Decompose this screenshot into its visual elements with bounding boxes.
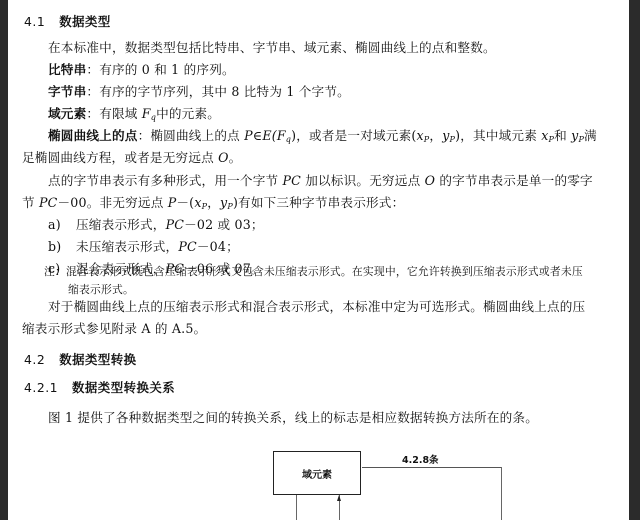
separator: ： [86,62,99,77]
separator: ： [86,106,99,121]
definition-bit-string: 比特串：有序的 0 和 1 的序列。 [48,62,235,78]
text: 节 [22,195,39,210]
text: 加以标识。无穷远点 [301,173,425,188]
section-heading-4-2-1: 4.2.1数据类型转换关系 [24,380,175,396]
term: 比特串 [48,62,86,77]
definition-byte-string: 字节串：有序的字节序列，其中 8 比特为 1 个字节。 [48,84,350,100]
paragraph-byte-forms-line1: 点的字节串表示有多种形式，用一个字节 PC 加以标识。无穷远点 O 的字节串表示… [48,173,593,189]
separator: ： [138,128,151,143]
section-title: 数据类型 [59,14,111,29]
list-label: a) [48,217,76,233]
definition-text: 有限域 [99,106,142,121]
definition-text: 有序的字节序列，其中 8 比特为 1 个字节。 [99,84,350,99]
text: －04； [197,239,239,254]
text: )，或者是一对域元素( [291,128,416,143]
text: 的字节串表示是单一的零字 [435,173,593,188]
section-number: 4.2.1 [24,380,58,396]
text: ， [429,128,442,143]
edge-line-vertical-right [501,467,502,520]
text: 压缩表示形式， [76,217,166,232]
term: 椭圆曲线上的点 [48,128,138,143]
paragraph-optional-line1: 对于椭圆曲线上点的压缩表示形式和混合表示形式，本标准中定为可选形式。椭圆曲线上点… [48,299,585,315]
math: y [442,128,449,143]
text: 和 [554,128,571,143]
document-page: 4.1数据类型 在本标准中，数据类型包括比特串、字节串、域元素、椭圆曲线上的点和… [8,0,629,520]
list-item-uncompressed: b)未压缩表示形式，PC－04； [48,239,239,255]
text: 满 [584,128,597,143]
text: －00。非无穷远点 [58,195,168,210]
edge-line-horizontal [362,467,502,468]
list-item-compressed: a)压缩表示形式，PC－02 或 03； [48,217,264,233]
math: P∈E(F [244,128,286,143]
edge-line-vertical-left [296,495,297,520]
math: PC [166,217,185,232]
math: PC [283,173,302,188]
paragraph-intro: 在本标准中，数据类型包括比特串、字节串、域元素、椭圆曲线上的点和整数。 [48,40,496,56]
paragraph-figure-intro: 图 1 提供了各种数据类型之间的转换关系，线上的标志是相应数据转换方法所在的条。 [48,410,538,426]
separator: ： [86,84,99,99]
math: x [541,128,548,143]
note-line-2: 缩表示形式。 [68,282,134,298]
paragraph-byte-forms-line2: 节 PC－00。非无穷远点 P－(xP，yP)有如下三种字节串表示形式： [22,195,404,215]
text: )，其中域元素 [455,128,541,143]
section-number: 4.1 [24,14,45,30]
math: PC [178,239,197,254]
text: 椭圆曲线上的点 [150,128,244,143]
math-field: F [142,106,151,121]
list-label: b) [48,239,76,255]
section-number: 4.2 [24,352,45,368]
definition-text: 中的元素。 [156,106,220,121]
term: 字节串 [48,84,86,99]
paragraph-optional-line2: 缩表示形式参见附录 A 的 A.5。 [22,321,206,337]
definition-curve-point-line1: 椭圆曲线上的点：椭圆曲线上的点 P∈E(Fq)，或者是一对域元素(xP，yP)，… [48,128,597,148]
text: －02 或 03； [184,217,264,232]
text: ， [207,195,220,210]
math: O [218,150,229,165]
text: 。 [229,150,242,165]
section-heading-4-2: 4.2数据类型转换 [24,352,137,368]
text: －( [176,195,194,210]
math: x [194,195,201,210]
edge-label: 4.2.8条 [402,452,439,466]
arrow-up-icon [337,495,341,501]
section-heading-4-1: 4.1数据类型 [24,14,111,30]
node-label: 域元素 [302,466,332,481]
node-field-element: 域元素 [273,451,361,495]
text: 未压缩表示形式， [76,239,178,254]
definition-curve-point-line2: 足椭圆曲线方程，或者是无穷远点 O。 [22,150,241,166]
section-title: 数据类型转换关系 [72,380,175,395]
term: 域元素 [48,106,86,121]
note-line-1: 注：混合表示形式既包含压缩表示形式又包含未压缩表示形式。在实现中，它允许转换到压… [44,264,583,280]
text: 足椭圆曲线方程，或者是无穷远点 [22,150,218,165]
definition-text: 有序的 0 和 1 的序列。 [99,62,235,77]
math: O [425,173,436,188]
math: PC [39,195,58,210]
section-title: 数据类型转换 [59,352,136,367]
text: )有如下三种字节串表示形式： [233,195,404,210]
definition-field-element: 域元素：有限域 Fq中的元素。 [48,106,220,126]
math: x [416,128,423,143]
text: 点的字节串表示有多种形式，用一个字节 [48,173,283,188]
